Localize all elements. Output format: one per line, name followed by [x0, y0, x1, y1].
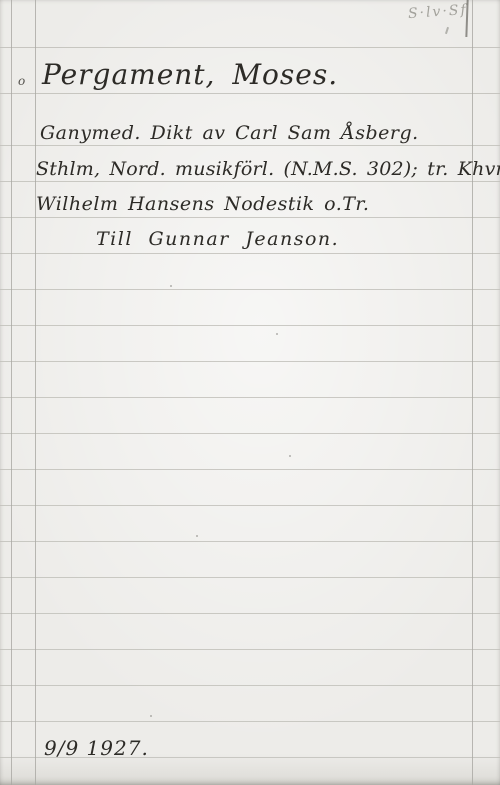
paper-speck [276, 333, 278, 335]
left-margin-rule-inner [35, 0, 36, 785]
dedication-line: Till Gunnar Jeanson. [96, 228, 339, 250]
margin-circle-mark: o [18, 74, 25, 88]
paper-speck [196, 535, 198, 537]
date-annotation: 9/9 1927. [44, 736, 149, 760]
printer-line: Wilhelm Hansens Nodestik o.Tr. [36, 193, 369, 215]
paper-speck [150, 715, 152, 717]
header-rule-top [0, 47, 500, 48]
title-line: Ganymed. Dikt av Carl Sam Åsberg. [40, 122, 419, 144]
pencil-tick-mark [445, 27, 449, 34]
publisher-line: Sthlm, Nord. musikförl. (N.M.S. 302); tr… [36, 158, 500, 180]
header-rule-bottom [0, 93, 500, 94]
left-margin-rule-outer [11, 0, 12, 785]
paper-speck [289, 455, 291, 457]
right-margin-rule [472, 0, 473, 785]
catalog-card: S·lv·Sf o Pergament, Moses. Ganymed. Dik… [0, 0, 500, 785]
card-heading: Pergament, Moses. [42, 58, 338, 91]
paper-speck [170, 285, 172, 287]
pencil-shelfmark: S·lv·Sf [408, 2, 469, 22]
ink-stroke-mark [465, 0, 468, 37]
